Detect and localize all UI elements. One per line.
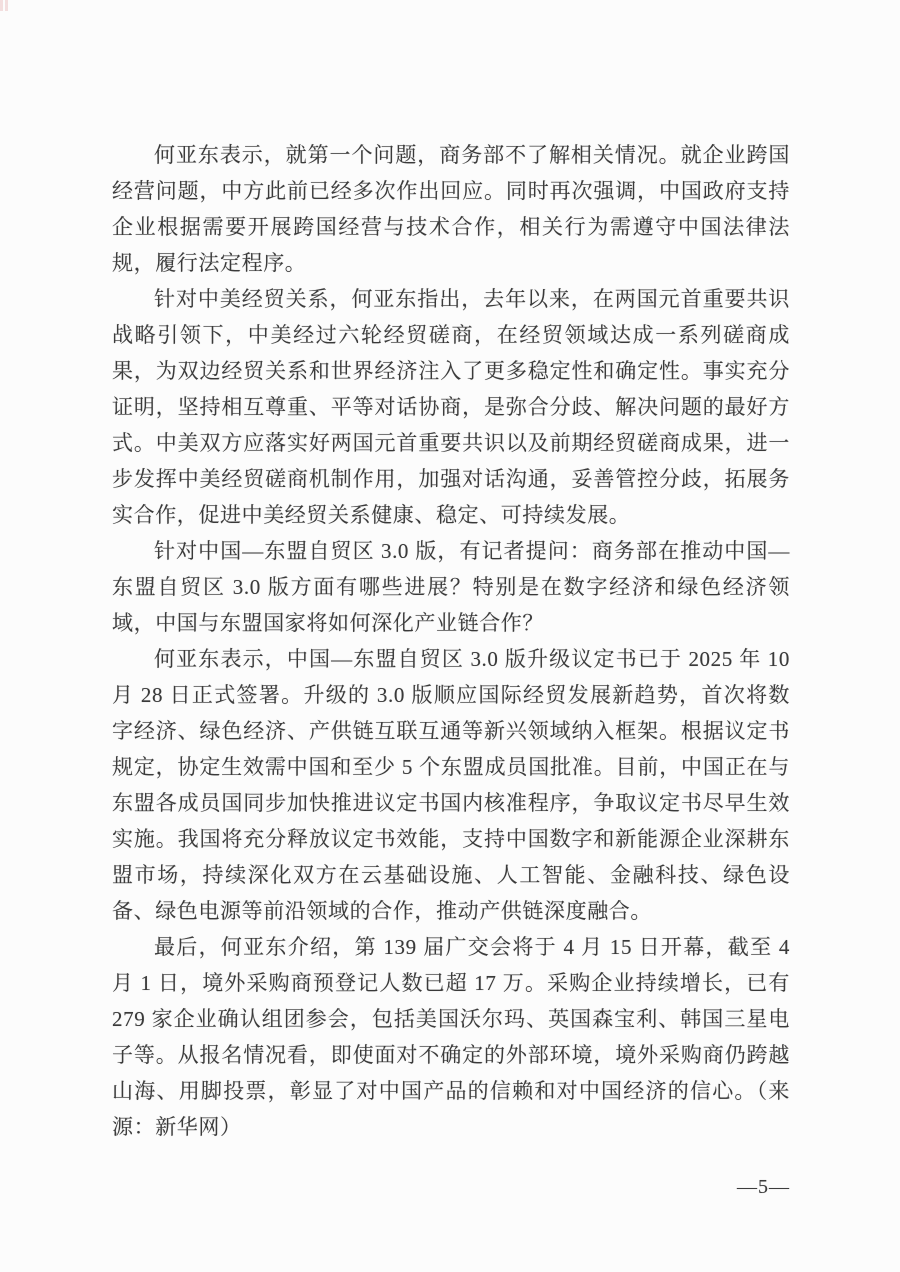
paragraph-3: 针对中国—东盟自贸区 3.0 版，有记者提问：商务部在推动中国—东盟自贸区 3.…	[112, 533, 790, 641]
paragraph-5: 最后，何亚东介绍，第 139 届广交会将于 4 月 15 日开幕，截至 4 月 …	[112, 929, 790, 1145]
page-number: —5—	[737, 1176, 790, 1199]
paragraph-2: 针对中美经贸关系，何亚东指出，去年以来，在两国元首重要共识战略引领下，中美经过六…	[112, 281, 790, 533]
paragraph-1: 何亚东表示，就第一个问题，商务部不了解相关情况。就企业跨国经营问题，中方此前已经…	[112, 137, 790, 281]
document-body: 何亚东表示，就第一个问题，商务部不了解相关情况。就企业跨国经营问题，中方此前已经…	[112, 137, 790, 1145]
paragraph-4: 何亚东表示，中国—东盟自贸区 3.0 版升级议定书已于 2025 年 10 月 …	[112, 641, 790, 929]
scan-artifact-mark	[0, 0, 12, 12]
